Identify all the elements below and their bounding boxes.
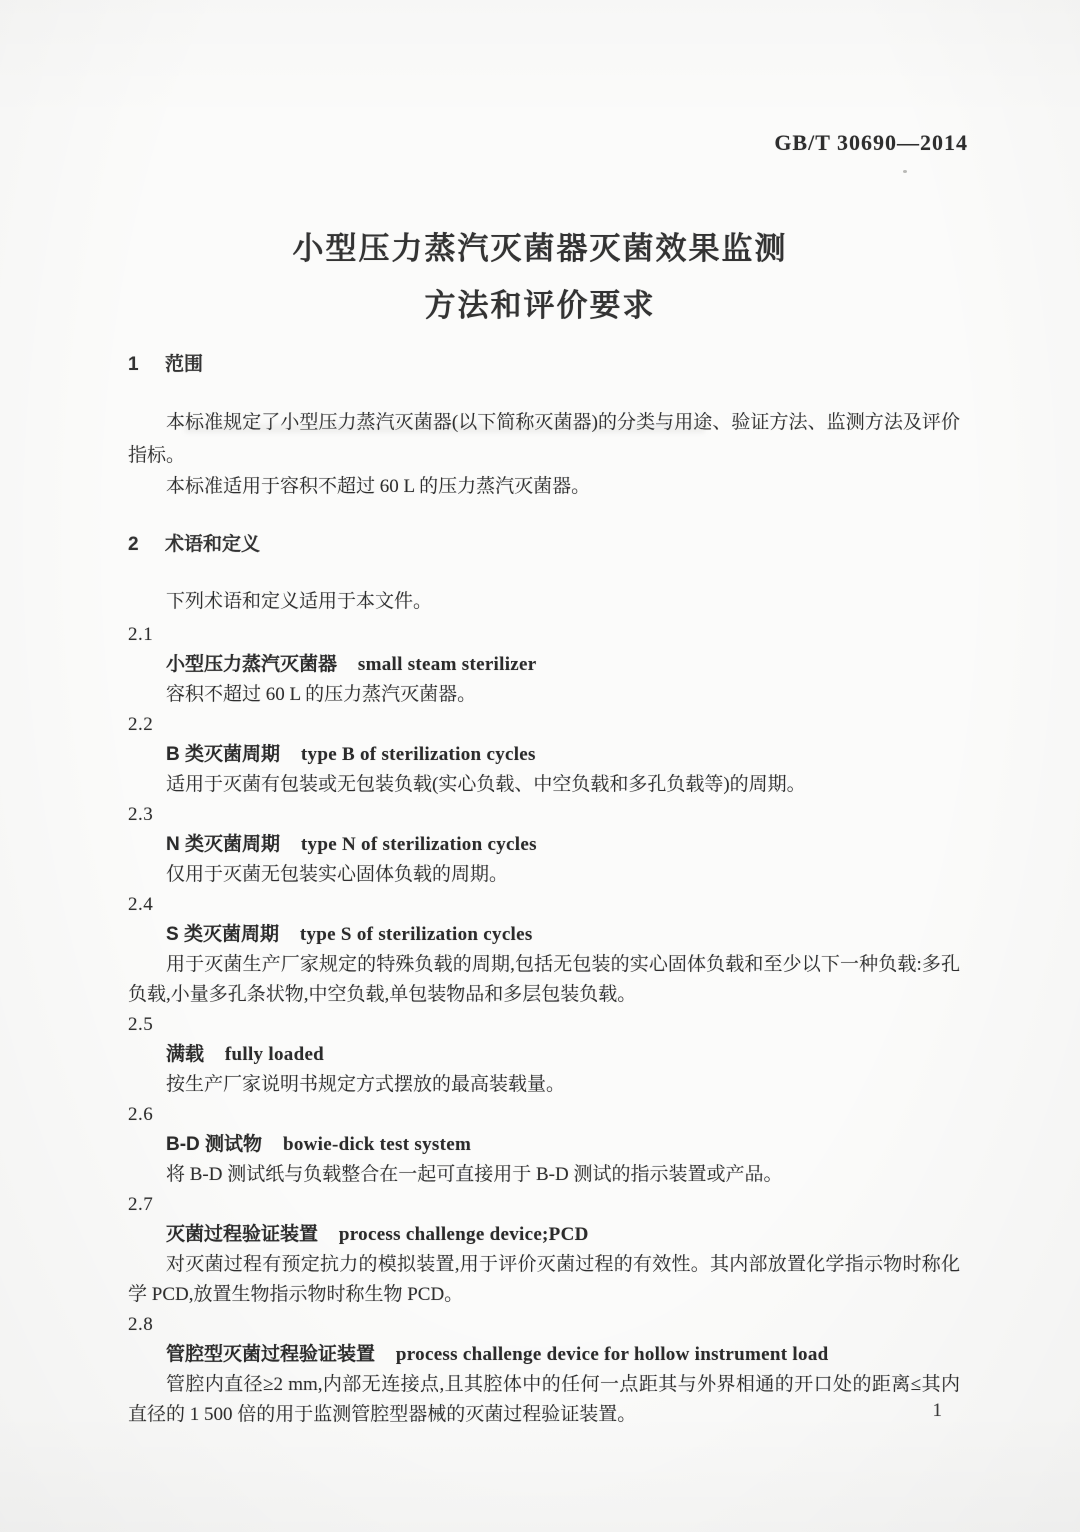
term-heading: N 类灭菌周期type N of sterilization cycles	[128, 830, 960, 860]
term-zh: B 类灭菌周期	[166, 744, 280, 765]
section-2-heading: 2术语和定义	[128, 532, 960, 558]
page-content: 1范围 本标准规定了小型压力蒸汽灭菌器(以下简称灭菌器)的分类与用途、验证方法、…	[128, 352, 960, 1430]
section-2-number: 2	[128, 532, 140, 558]
term-entry-2-2: 2.2 B 类灭菌周期type B of sterilization cycle…	[128, 710, 960, 800]
term-definition: 对灭菌过程有预定抗力的模拟装置,用于评价灭菌过程的有效性。其内部放置化学指示物时…	[128, 1250, 960, 1310]
term-zh: N 类灭菌周期	[166, 834, 280, 855]
term-zh: 管腔型灭菌过程验证装置	[166, 1344, 375, 1365]
term-entry-2-7: 2.7 灭菌过程验证装置process challenge device;PCD…	[128, 1190, 960, 1310]
term-entry-2-3: 2.3 N 类灭菌周期type N of sterilization cycle…	[128, 800, 960, 890]
term-en: process challenge device for hollow inst…	[396, 1344, 829, 1365]
section-1-number: 1	[128, 352, 140, 378]
term-entry-2-6: 2.6 B-D 测试物bowie-dick test system 将 B-D …	[128, 1100, 960, 1190]
term-en: small steam sterilizer	[358, 654, 537, 675]
term-definition: 容积不超过 60 L 的压力蒸汽灭菌器。	[128, 680, 960, 710]
term-heading: 管腔型灭菌过程验证装置process challenge device for …	[128, 1340, 960, 1370]
term-heading: S 类灭菌周期type S of sterilization cycles	[128, 920, 960, 950]
term-definition: 管腔内直径≥2 mm,内部无连接点,且其腔体中的任何一点距其与外界相通的开口处的…	[128, 1370, 960, 1430]
term-definition: 用于灭菌生产厂家规定的特殊负载的周期,包括无包装的实心固体负载和至少以下一种负载…	[128, 950, 960, 1010]
term-heading: 灭菌过程验证装置process challenge device;PCD	[128, 1220, 960, 1250]
terms-intro: 下列术语和定义适用于本文件。	[128, 588, 960, 616]
term-heading: B-D 测试物bowie-dick test system	[128, 1130, 960, 1160]
term-en: type B of sterilization cycles	[301, 744, 536, 765]
term-en: fully loaded	[225, 1044, 324, 1065]
clause-number: 2.7	[128, 1190, 960, 1220]
clause-number: 2.6	[128, 1100, 960, 1130]
section-1-label: 范围	[165, 354, 203, 375]
clause-number: 2.1	[128, 620, 960, 650]
term-zh: S 类灭菌周期	[166, 924, 279, 945]
clause-number: 2.5	[128, 1010, 960, 1040]
scan-artifact-dot	[903, 170, 907, 173]
term-entry-2-8: 2.8 管腔型灭菌过程验证装置process challenge device …	[128, 1310, 960, 1430]
term-heading: B 类灭菌周期type B of sterilization cycles	[128, 740, 960, 770]
clause-number: 2.8	[128, 1310, 960, 1340]
section-1-heading: 1范围	[128, 352, 960, 378]
term-definition: 将 B-D 测试纸与负载整合在一起可直接用于 B-D 测试的指示装置或产品。	[128, 1160, 960, 1190]
term-heading: 满载fully loaded	[128, 1040, 960, 1070]
section-2-label: 术语和定义	[165, 534, 260, 555]
clause-number: 2.3	[128, 800, 960, 830]
page-number: 1	[933, 1400, 943, 1422]
term-definition: 按生产厂家说明书规定方式摆放的最高装载量。	[128, 1070, 960, 1100]
term-zh: 满载	[166, 1044, 204, 1065]
term-definition: 仅用于灭菌无包装实心固体负载的周期。	[128, 860, 960, 890]
term-zh: 小型压力蒸汽灭菌器	[166, 654, 337, 675]
clause-number: 2.4	[128, 890, 960, 920]
section-1-paragraph-1: 本标准规定了小型压力蒸汽灭菌器(以下简称灭菌器)的分类与用途、验证方法、监测方法…	[128, 406, 960, 472]
term-en: type S of sterilization cycles	[300, 924, 533, 945]
term-en: type N of sterilization cycles	[301, 834, 537, 855]
term-entry-2-4: 2.4 S 类灭菌周期type S of sterilization cycle…	[128, 890, 960, 1010]
title-line-2: 方法和评价要求	[0, 277, 1080, 334]
term-definition: 适用于灭菌有包装或无包装负载(实心负载、中空负载和多孔负载等)的周期。	[128, 770, 960, 800]
title-line-1: 小型压力蒸汽灭菌器灭菌效果监测	[0, 220, 1080, 277]
term-zh: B-D 测试物	[166, 1134, 262, 1155]
term-zh: 灭菌过程验证装置	[166, 1224, 318, 1245]
term-entry-2-1: 2.1 小型压力蒸汽灭菌器small steam sterilizer 容积不超…	[128, 620, 960, 710]
clause-number: 2.2	[128, 710, 960, 740]
term-heading: 小型压力蒸汽灭菌器small steam sterilizer	[128, 650, 960, 680]
section-1-paragraph-2: 本标准适用于容积不超过 60 L 的压力蒸汽灭菌器。	[128, 472, 960, 502]
standard-code: GB/T 30690—2014	[774, 130, 968, 156]
term-en: process challenge device;PCD	[339, 1224, 589, 1245]
document-title: 小型压力蒸汽灭菌器灭菌效果监测 方法和评价要求	[0, 220, 1080, 334]
term-entry-2-5: 2.5 满载fully loaded 按生产厂家说明书规定方式摆放的最高装载量。	[128, 1010, 960, 1100]
document-page: GB/T 30690—2014 小型压力蒸汽灭菌器灭菌效果监测 方法和评价要求 …	[0, 0, 1080, 1532]
term-en: bowie-dick test system	[283, 1134, 471, 1155]
terms-list: 2.1 小型压力蒸汽灭菌器small steam sterilizer 容积不超…	[128, 620, 960, 1430]
